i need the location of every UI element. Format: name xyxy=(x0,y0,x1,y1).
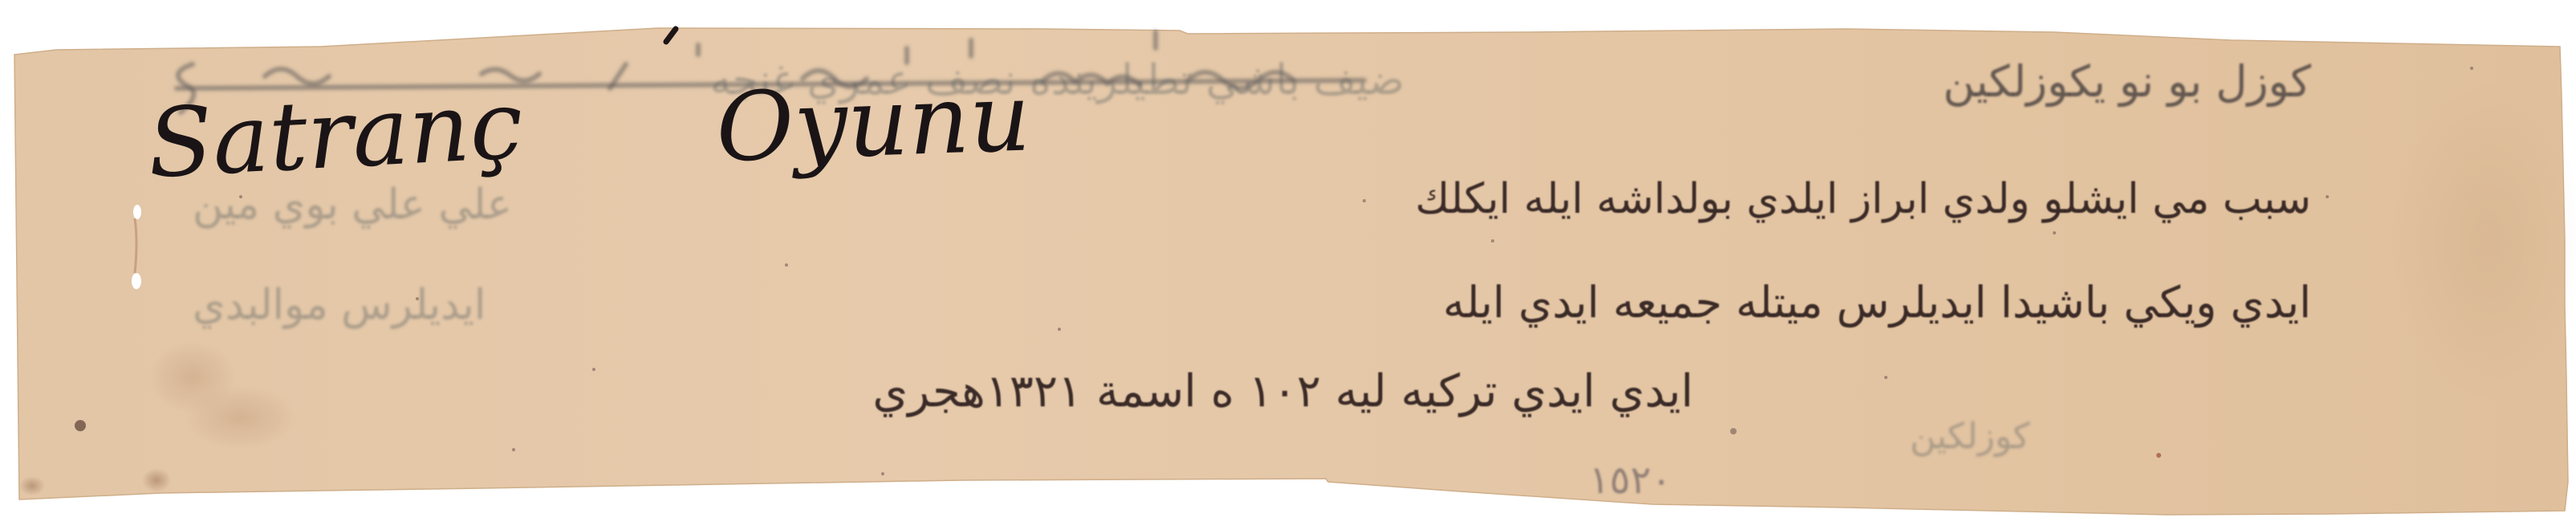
title-word-oyunu: Oyunu xyxy=(714,61,1032,183)
handwritten-line-4-note: كوزلكين xyxy=(1910,416,2030,457)
handwritten-line-3-left: ايديلرس موالبدي xyxy=(193,281,486,329)
handwritten-line-2: سبب مي ايشلو ولدي ابراز ايلدي بولداشه اي… xyxy=(1416,175,2311,223)
handwritten-line-4: ايدي ايدي تركيه ليه ١٠٢ ه اسمة ١٣٢١هجري xyxy=(872,365,1693,418)
margin-numeral-note: ١٥٢٠ xyxy=(1589,458,1672,503)
title-word-satranc: Satranç xyxy=(145,69,526,199)
manuscript-scan: ضيف باشي تطيلرينده نصف عمري غنجه كوزل بو… xyxy=(0,0,2576,522)
ink-layer: ضيف باشي تطيلرينده نصف عمري غنجه كوزل بو… xyxy=(0,0,2576,522)
handwritten-line-1-right: كوزل بو نو يكوزلكين xyxy=(1943,56,2311,107)
handwritten-line-3: ايدي ويكي باشيدا ايديلرس ميتله جميعه ايد… xyxy=(1443,277,2311,328)
